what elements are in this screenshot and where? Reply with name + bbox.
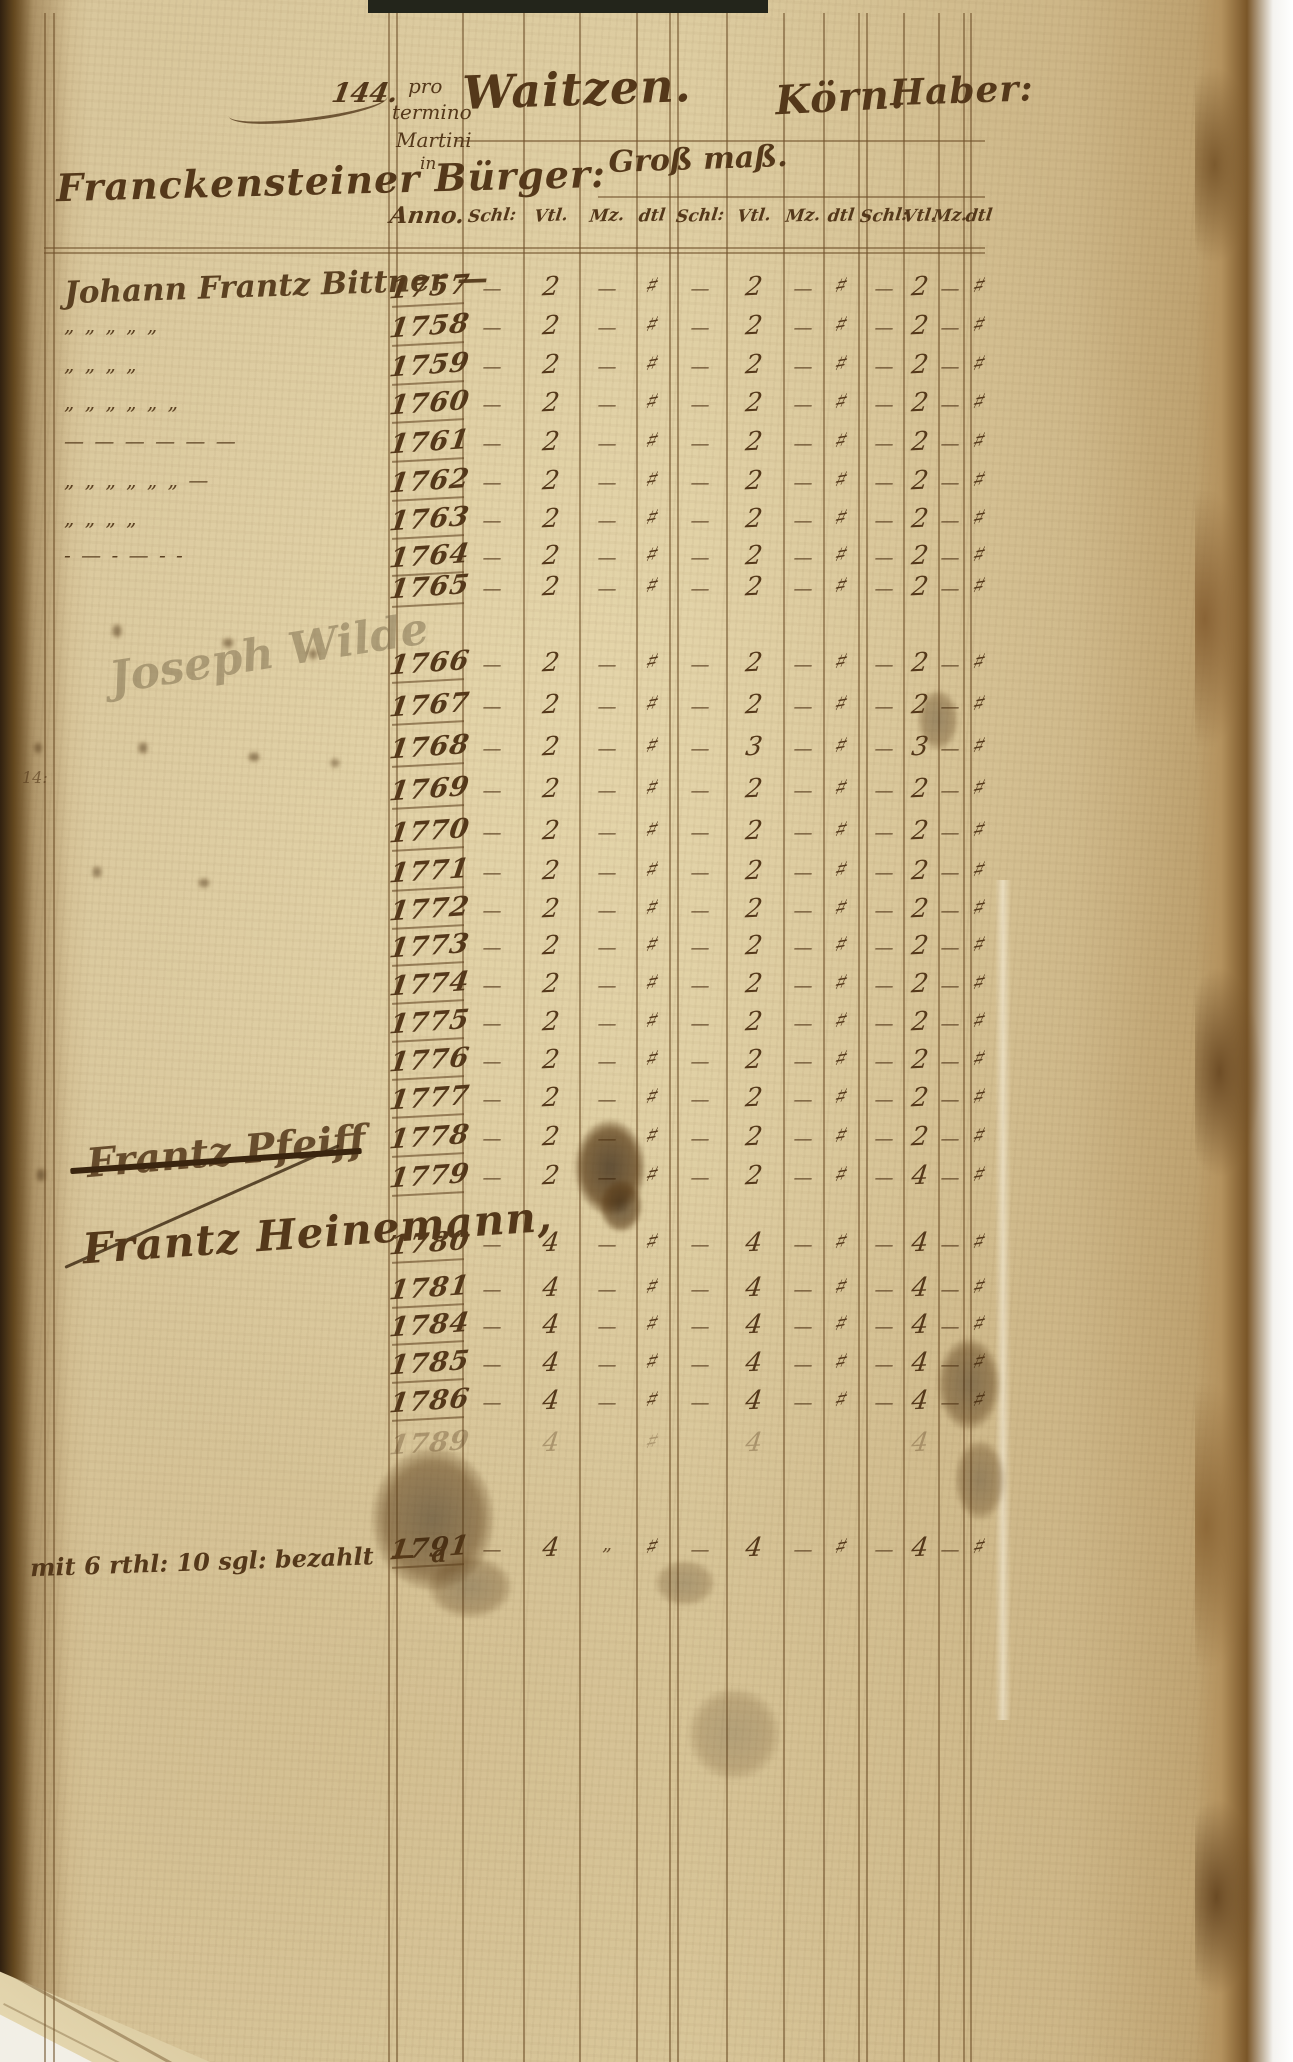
value-cell: —: [676, 1167, 724, 1189]
value-cell: —: [676, 900, 724, 922]
value-cell: 4: [894, 1427, 946, 1459]
year-cell: 1778: [387, 1119, 466, 1155]
value-cell: 2: [525, 1006, 577, 1038]
value-cell: —: [676, 1392, 724, 1414]
table-row: 1772—2—♯—2—♯—2—♯: [0, 894, 1245, 932]
year-cell: 1769: [387, 771, 466, 807]
value-cell: ♯: [623, 1343, 681, 1380]
table-row: Johann Frantz Bittner —1757—2—♯—2—♯—2—♯: [0, 272, 1245, 310]
gross-mass-label: Groß maß.: [597, 139, 798, 181]
stain: [655, 1560, 715, 1606]
value-cell: —: [676, 433, 724, 455]
table-row: 1776—2—♯—2—♯—2—♯: [0, 1045, 1245, 1083]
value-cell: 4: [525, 1385, 577, 1417]
name-cell: - — - — - -: [64, 543, 185, 567]
value-cell: 2: [728, 540, 780, 572]
table-row: 1775—2—♯—2—♯—2—♯: [0, 1007, 1245, 1045]
value-cell: ♯: [623, 567, 681, 604]
subcolumn-label: Vtl.: [727, 205, 782, 228]
value-cell: 4: [525, 1272, 577, 1304]
value-cell: 2: [525, 893, 577, 925]
value-cell: 2: [728, 271, 780, 303]
value-cell: ♯: [623, 889, 681, 926]
value-cell: —: [468, 1167, 516, 1189]
name-cell: — — — — — —: [64, 429, 238, 453]
value-cell: 2: [728, 465, 780, 497]
value-cell: 2: [525, 855, 577, 887]
table-row: „ „ „ „1759—2—♯—2—♯—2—♯: [0, 350, 1245, 388]
value-cell: —: [676, 738, 724, 760]
value-cell: —: [676, 278, 724, 300]
value-cell: 2: [728, 1160, 780, 1192]
year-cell: 1771: [387, 853, 466, 889]
value-cell: —: [468, 862, 516, 884]
term-note-line1: pro: [408, 74, 442, 98]
value-cell: 2: [525, 349, 577, 381]
value-cell: —: [468, 975, 516, 997]
stain: [688, 1688, 780, 1780]
value-cell: —: [468, 394, 516, 416]
photo-background-top: [368, 0, 768, 13]
value-cell: 2: [728, 1121, 780, 1153]
table-row: 1777—2—♯—2—♯—2—♯: [0, 1083, 1245, 1121]
value-cell: —: [468, 472, 516, 494]
stain: [36, 1168, 46, 1182]
stain: [34, 742, 42, 754]
anno-column-label: Anno.: [388, 202, 466, 229]
table-row: 1773—2—♯—2—♯—2—♯: [0, 931, 1245, 969]
value-cell: —: [468, 822, 516, 844]
value-cell: ♯: [623, 1002, 681, 1039]
value-cell: 4: [525, 1309, 577, 1341]
value-cell: —: [468, 900, 516, 922]
value-cell: ♯: [623, 267, 681, 304]
stain: [222, 638, 234, 648]
value-cell: —: [676, 1051, 724, 1073]
stain: [248, 752, 260, 762]
year-cell: 1764: [387, 538, 466, 574]
year-cell: 1762: [387, 463, 466, 499]
value-cell: —: [468, 510, 516, 532]
table-row: 1765—2—♯—2—♯—2—♯: [0, 572, 1245, 610]
value-cell: 2: [728, 426, 780, 458]
value-cell: —: [676, 1234, 724, 1256]
value-cell: 2: [728, 815, 780, 847]
stain: [138, 742, 148, 754]
value-cell: —: [676, 1279, 724, 1301]
value-cell: ♯: [623, 1268, 681, 1305]
value-cell: —: [676, 1089, 724, 1111]
value-cell: —: [468, 1089, 516, 1111]
value-cell: 2: [728, 1006, 780, 1038]
year-cell: 1758: [387, 308, 466, 344]
value-cell: ♯: [623, 964, 681, 1001]
year-cell: 1786: [387, 1383, 466, 1419]
year-cell: 1785: [387, 1345, 466, 1381]
value-cell: —: [468, 278, 516, 300]
table-row: 1767—2—♯—2—♯—2—♯: [0, 690, 1245, 728]
value-cell: 2: [525, 271, 577, 303]
value-cell: —: [676, 696, 724, 718]
name-cell: „ „ „ „ „ „: [64, 390, 180, 414]
term-note-line3: Martini: [396, 128, 472, 152]
value-cell: 2: [525, 465, 577, 497]
value-cell: 2: [728, 930, 780, 962]
value-cell: ♯: [623, 383, 681, 420]
subcolumn-label: Schl:: [465, 205, 520, 228]
subcolumn-label: Vtl.: [524, 205, 579, 228]
value-cell: —: [676, 356, 724, 378]
value-cell: 2: [728, 503, 780, 535]
year-cell: 1767: [387, 687, 466, 723]
value-cell: 2: [525, 815, 577, 847]
table-row: „ „ „ „ „ „ —1762—2—♯—2—♯—2—♯: [0, 466, 1245, 504]
value-cell: —: [468, 1392, 516, 1414]
value-cell: —: [468, 578, 516, 600]
value-cell: ♯: [623, 1305, 681, 1342]
stain: [600, 1180, 642, 1232]
value-cell: 4: [728, 1227, 780, 1259]
value-cell: —: [676, 1128, 724, 1150]
value-cell: —: [468, 696, 516, 718]
value-cell: 2: [728, 310, 780, 342]
value-cell: ♯: [623, 499, 681, 536]
margin-mark: 14:: [22, 768, 48, 787]
value-cell: ♯: [623, 643, 681, 680]
value-cell: —: [676, 975, 724, 997]
value-cell: 2: [525, 647, 577, 679]
value-cell: 3: [728, 731, 780, 763]
grain-header-haber: Haber:: [889, 68, 1020, 115]
stain: [330, 758, 340, 768]
value-cell: 2: [525, 773, 577, 805]
value-cell: —: [468, 1354, 516, 1376]
year-cell: 1784: [387, 1307, 466, 1343]
stain: [938, 1338, 1000, 1430]
value-cell: 2: [525, 310, 577, 342]
value-cell: 2: [728, 1082, 780, 1114]
value-cell: —: [468, 1316, 516, 1338]
value-cell: ♯: [623, 727, 681, 764]
value-cell: —: [468, 356, 516, 378]
header-rule: [44, 252, 985, 254]
value-cell: —: [676, 394, 724, 416]
year-cell: 1763: [387, 501, 466, 537]
value-cell: —: [676, 1539, 724, 1561]
value-cell: —: [468, 1279, 516, 1301]
value-cell: —: [468, 317, 516, 339]
value-cell: 2: [525, 503, 577, 535]
value-cell: —: [468, 937, 516, 959]
name-cell: „ „ „ „ „: [64, 313, 159, 337]
value-cell: 2: [728, 855, 780, 887]
year-cell: 1777: [387, 1080, 466, 1116]
value-cell: ♯: [623, 1223, 681, 1260]
stain: [92, 866, 102, 878]
year-cell: 1757: [387, 269, 466, 305]
value-cell: 2: [525, 1160, 577, 1192]
stain: [198, 878, 210, 888]
value-cell: —: [676, 547, 724, 569]
table-row: 1784—4—♯—4—♯—4—♯: [0, 1310, 1245, 1348]
value-cell: ♯: [623, 422, 681, 459]
table-row: „ „ „ „ „1758—2—♯—2—♯—2—♯: [0, 311, 1245, 349]
value-cell: 2: [728, 773, 780, 805]
value-cell: 4: [728, 1427, 780, 1459]
value-cell: ♯: [623, 851, 681, 888]
value-cell: 2: [525, 540, 577, 572]
table-row: 1770—2—♯—2—♯—2—♯: [0, 816, 1245, 854]
header-rule: [44, 247, 985, 249]
value-cell: 4: [525, 1532, 577, 1564]
value-cell: 4: [728, 1347, 780, 1379]
value-cell: ♯: [623, 811, 681, 848]
year-cell: 1759: [387, 347, 466, 383]
year-cell: 1779: [387, 1158, 466, 1194]
value-cell: —: [676, 937, 724, 959]
year-cell: 1770: [387, 813, 466, 849]
table-row: „ „ „ „1763—2—♯—2—♯—2—♯: [0, 504, 1245, 542]
value-cell: —: [468, 433, 516, 455]
table-row: 1771—2—♯—2—♯—2—♯: [0, 856, 1245, 894]
header-rule: [598, 196, 985, 198]
table-row: 1786—4—♯—4—♯—4—♯: [0, 1386, 1245, 1424]
stain: [308, 648, 318, 660]
value-cell: 2: [525, 689, 577, 721]
value-cell: ♯: [623, 1040, 681, 1077]
value-cell: ♯: [623, 536, 681, 573]
value-cell: —: [676, 780, 724, 802]
value-cell: 2: [728, 571, 780, 603]
value-cell: ♯: [623, 345, 681, 382]
subcolumn-label: dtl: [625, 205, 680, 228]
value-cell: ♯: [623, 306, 681, 343]
year-cell: 1772: [387, 891, 466, 927]
subcolumn-label: Schl:: [673, 205, 728, 228]
value-cell: —: [676, 510, 724, 532]
year-cell: 1775: [387, 1004, 466, 1040]
name-cell: „ „ „ „: [64, 506, 139, 530]
year-cell: 1781: [387, 1270, 466, 1306]
name-cell: „ „ „ „ „ „ —: [64, 468, 210, 492]
subcolumn-label: dtl: [952, 205, 1007, 228]
value-cell: —: [676, 472, 724, 494]
value-cell: 2: [525, 968, 577, 1000]
term-note-line2: termino: [392, 100, 472, 124]
stain: [955, 1440, 1005, 1520]
value-cell: —: [676, 1013, 724, 1035]
value-cell: —: [468, 1128, 516, 1150]
table-row: 1781—4—♯—4—♯—4—♯: [0, 1273, 1245, 1311]
value-cell: —: [468, 547, 516, 569]
value-cell: 4: [728, 1385, 780, 1417]
value-cell: —: [468, 1051, 516, 1073]
value-cell: 2: [525, 426, 577, 458]
value-cell: —: [676, 1354, 724, 1376]
table-row: 1785—4—♯—4—♯—4—♯: [0, 1348, 1245, 1386]
value-cell: 2: [728, 968, 780, 1000]
value-cell: —: [468, 780, 516, 802]
value-cell: —: [676, 317, 724, 339]
value-cell: —: [676, 862, 724, 884]
value-cell: 4: [525, 1427, 577, 1459]
value-cell: 2: [525, 930, 577, 962]
year-cell: 1765: [387, 569, 466, 605]
grain-header-waitzen: Waitzen.: [461, 58, 693, 120]
value-cell: ♯: [623, 685, 681, 722]
value-cell: ♯: [623, 461, 681, 498]
value-cell: 2: [525, 571, 577, 603]
value-cell: 2: [728, 893, 780, 925]
value-cell: 2: [525, 1121, 577, 1153]
table-row: 17894♯44: [0, 1428, 1245, 1466]
value-cell: 2: [728, 1044, 780, 1076]
value-cell: —: [468, 1013, 516, 1035]
year-cell: 1768: [387, 729, 466, 765]
value-cell: ♯: [623, 926, 681, 963]
value-cell: 2: [728, 349, 780, 381]
value-cell: 2: [525, 731, 577, 763]
stain: [428, 1556, 512, 1618]
value-cell: 2: [525, 1082, 577, 1114]
value-cell: —: [468, 738, 516, 760]
value-cell: —: [676, 1316, 724, 1338]
value-cell: ♯: [623, 1423, 681, 1460]
value-cell: ♯: [623, 1381, 681, 1418]
value-cell: —: [676, 822, 724, 844]
ledger-page-scan: 144. pro termino Martini in Waitzen. Kör…: [0, 0, 1293, 2062]
year-cell: 1776: [387, 1042, 466, 1078]
value-cell: 2: [728, 689, 780, 721]
value-cell: —: [676, 578, 724, 600]
value-cell: 2: [728, 387, 780, 419]
value-cell: ♯: [623, 1528, 681, 1565]
value-cell: 4: [728, 1272, 780, 1304]
year-cell: 1773: [387, 928, 466, 964]
table-row: 1768—2—♯—3—♯—3—♯: [0, 732, 1245, 770]
value-cell: 4: [728, 1309, 780, 1341]
stain: [112, 624, 122, 638]
value-cell: 2: [728, 647, 780, 679]
value-cell: —: [468, 654, 516, 676]
table-row: 1774—2—♯—2—♯—2—♯: [0, 969, 1245, 1007]
value-cell: ♯: [623, 1078, 681, 1115]
value-cell: 4: [525, 1347, 577, 1379]
year-cell: 1761: [387, 424, 466, 460]
year-cell: 1760: [387, 385, 466, 421]
table-row: — — — — — —1761—2—♯—2—♯—2—♯: [0, 427, 1245, 465]
table-row: „ „ „ „ „ „1760—2—♯—2—♯—2—♯: [0, 388, 1245, 426]
name-cell: „ „ „ „: [64, 352, 139, 376]
stain: [918, 690, 958, 750]
table-row: 1769—2—♯—2—♯—2—♯: [0, 774, 1245, 812]
value-cell: 4: [728, 1532, 780, 1564]
year-cell: 1774: [387, 966, 466, 1002]
value-cell: 2: [525, 387, 577, 419]
value-cell: —: [676, 654, 724, 676]
value-cell: ♯: [623, 769, 681, 806]
value-cell: 2: [525, 1044, 577, 1076]
